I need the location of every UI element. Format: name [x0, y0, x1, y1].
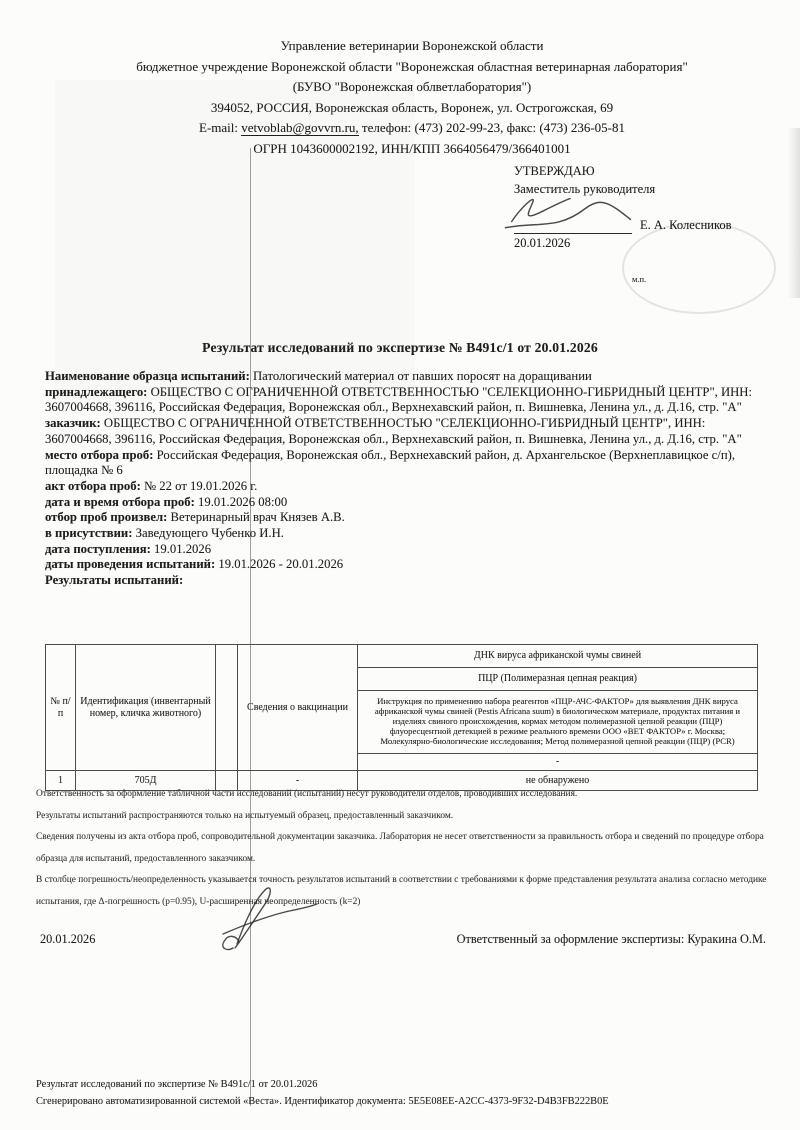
- detail-sampling-datetime: дата и время отбора проб: 19.01.2026 08:…: [45, 495, 761, 511]
- detail-receipt-date: дата поступления: 19.01.2026: [45, 542, 761, 558]
- detail-sample-name: Наименование образца испытаний: Патологи…: [45, 369, 761, 385]
- email-label: E-mail:: [199, 120, 238, 135]
- results-table: № п/п Идентификация (инвентарный номер, …: [45, 644, 758, 791]
- scanned-document: Управление ветеринарии Воронежской облас…: [0, 0, 800, 1130]
- phone-fax-text: телефон: (473) 202-99-23, факс: (473) 23…: [362, 120, 625, 135]
- organization-header: Управление ветеринарии Воронежской облас…: [58, 36, 766, 159]
- org-name-line: бюджетное учреждение Воронежской области…: [58, 57, 766, 78]
- email-link[interactable]: vetvoblab@govvrn.ru,: [241, 120, 358, 136]
- approval-heading: УТВЕРЖДАЮ: [514, 162, 732, 180]
- detail-owner: принадлежащего: ОБЩЕСТВО С ОГРАНИЧЕННОЙ …: [45, 385, 761, 416]
- note-responsibility: Ответственность за оформление табличной …: [36, 784, 768, 806]
- signoff-date: 20.01.2026: [40, 932, 95, 947]
- col-header-identification: Идентификация (инвентарный номер, кличка…: [76, 645, 216, 771]
- responsible-person: Ответственный за оформление экспертизы: …: [457, 932, 766, 947]
- approver-signature: [498, 184, 640, 234]
- note-uncertainty: В столбце погрешность/неопределенность у…: [36, 870, 768, 913]
- col-header-number: № п/п: [46, 645, 76, 771]
- detail-sampler: отбор проб произвел: Ветеринарный врач К…: [45, 510, 761, 526]
- org-ogrn-line: ОГРН 1043600002192, ИНН/КПП 3664056479/3…: [58, 139, 766, 160]
- org-abbreviation-line: (БУВО "Воронежская облветлаборатория"): [58, 77, 766, 98]
- disclaimer-notes: Ответственность за оформление табличной …: [36, 784, 768, 913]
- signoff-row: 20.01.2026 Ответственный за оформление э…: [40, 932, 766, 947]
- footer-generated-line: Сгенерировано автоматизированной системо…: [36, 1094, 766, 1111]
- document-footer: Результат исследований по экспертизе № В…: [36, 1077, 766, 1110]
- test-instruction-header: Инструкция по применению набора реагенто…: [358, 691, 758, 754]
- detail-sampling-place: место отбора проб: Российская Федерация,…: [45, 448, 761, 479]
- document-title: Результат исследований по экспертизе № В…: [40, 340, 760, 356]
- detail-test-dates: даты проведения испытаний: 19.01.2026 - …: [45, 557, 761, 573]
- scan-fold-line: [250, 148, 251, 1106]
- approver-name: Е. А. Колесников: [640, 216, 732, 234]
- detail-witness: в присутствии: Заведующего Чубенко И.Н.: [45, 526, 761, 542]
- col-header-vaccination: Сведения о вакцинации: [238, 645, 358, 771]
- detail-customer: заказчик: ОБЩЕСТВО С ОГРАНИЧЕННОЙ ОТВЕТС…: [45, 416, 761, 447]
- org-contacts-line: E-mail: vetvoblab@govvrn.ru, телефон: (4…: [58, 118, 766, 139]
- org-address-line: 394052, РОССИЯ, Воронежская область, Вор…: [58, 98, 766, 119]
- results-heading: Результаты испытаний:: [45, 573, 761, 589]
- note-sampling-info: Сведения получены из акта отбора проб, с…: [36, 827, 768, 870]
- test-method-header: ПЦР (Полимеразная цепная реакция): [358, 668, 758, 691]
- test-subheader: -: [358, 754, 758, 771]
- detail-sampling-act: акт отбора проб: № 22 от 19.01.2026 г.: [45, 479, 761, 495]
- note-scope: Результаты испытаний распространяются то…: [36, 806, 768, 828]
- sample-details: Наименование образца испытаний: Патологи…: [45, 369, 761, 589]
- approval-date: 20.01.2026: [514, 234, 732, 252]
- test-analyte-header: ДНК вируса африканской чумы свиней: [358, 645, 758, 668]
- col-header-empty: [216, 645, 238, 771]
- seal-place-abbr: м.п.: [632, 274, 646, 284]
- footer-expertise-line: Результат исследований по экспертизе № В…: [36, 1077, 766, 1094]
- scan-artifact: [788, 128, 800, 298]
- org-department-line: Управление ветеринарии Воронежской облас…: [58, 36, 766, 57]
